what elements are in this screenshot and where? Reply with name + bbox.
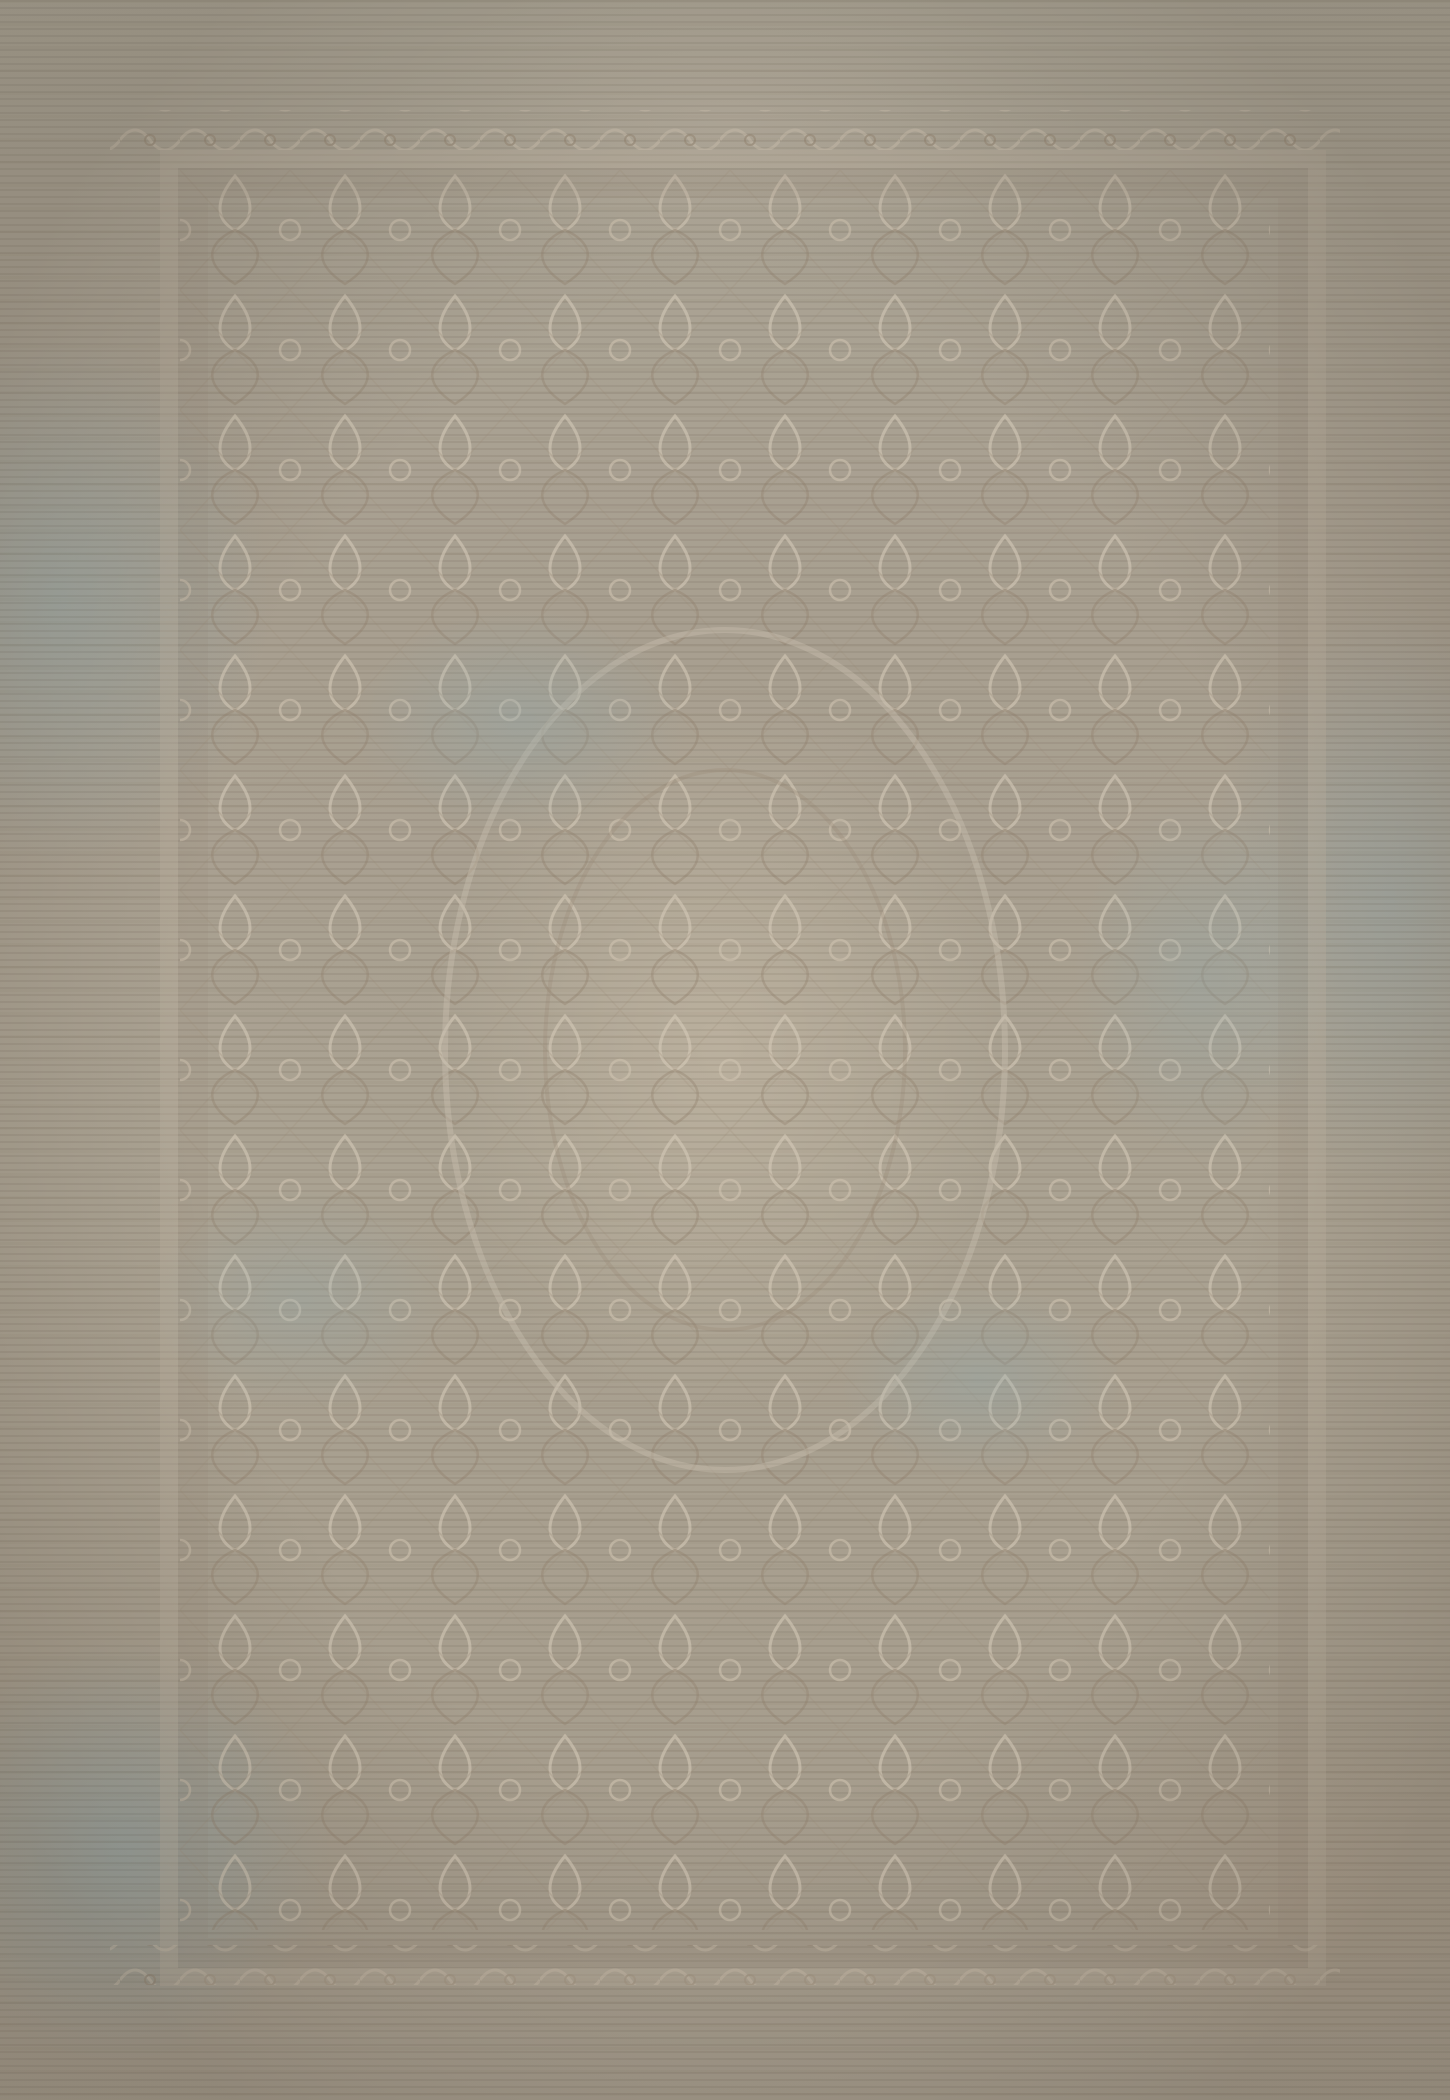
rug-photo	[0, 0, 1450, 2100]
vignette	[0, 0, 1450, 2100]
